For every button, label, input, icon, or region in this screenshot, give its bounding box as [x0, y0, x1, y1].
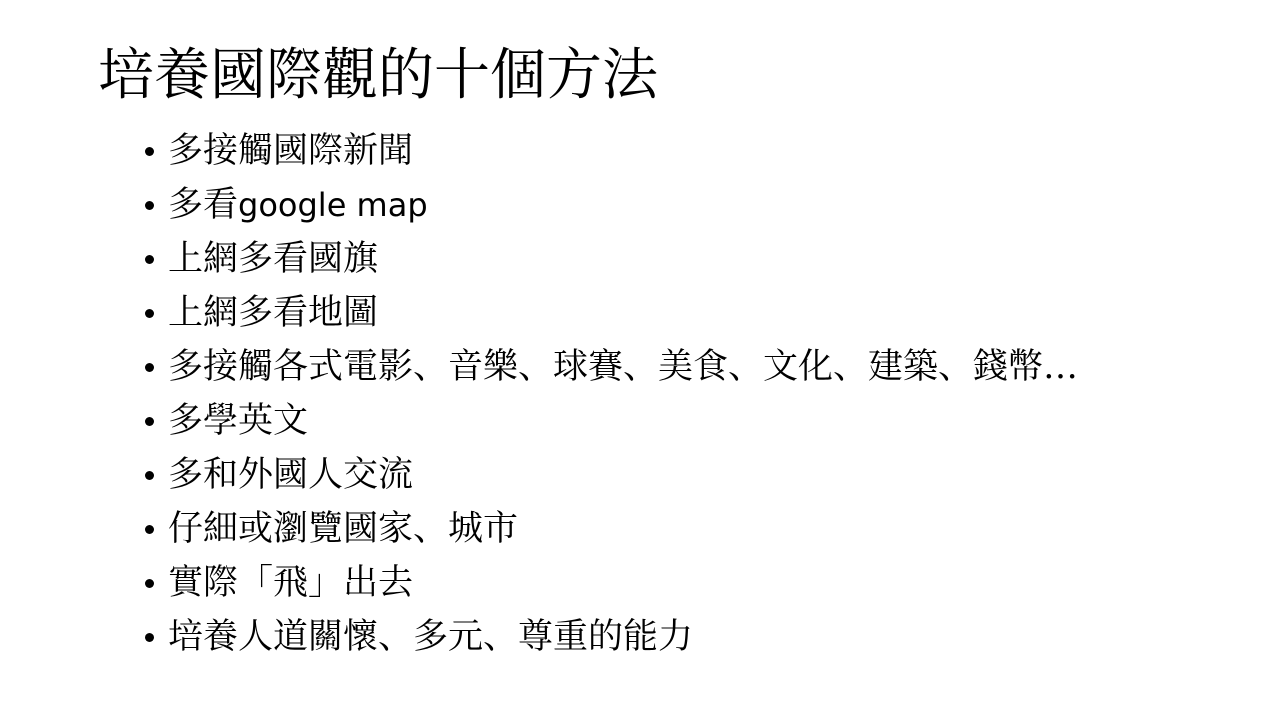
bullet-icon	[145, 471, 154, 480]
list-item: 實際「飛」出去	[140, 556, 1078, 610]
bullet-icon	[145, 147, 154, 156]
list-item: 仔細或瀏覽國家、城市	[140, 502, 1078, 556]
bullet-icon	[145, 633, 154, 642]
list-item: 多和外國人交流	[140, 448, 1078, 502]
list-item: 上網多看地圖	[140, 286, 1078, 340]
list-item-text: 多看	[168, 185, 238, 225]
list-item-text: 多接觸各式電影、音樂、球賽、美食、文化、建築、錢幣…	[168, 347, 1078, 387]
list-item-text: 上網多看國旗	[168, 239, 378, 279]
list-item: 多學英文	[140, 394, 1078, 448]
list-item-text: 實際「飛」出去	[168, 563, 413, 603]
list-item-text: 多和外國人交流	[168, 455, 413, 495]
list-item-text: 上網多看地圖	[168, 293, 378, 333]
bullet-icon	[145, 309, 154, 318]
bullet-icon	[145, 417, 154, 426]
list-item: 上網多看國旗	[140, 232, 1078, 286]
bullet-icon	[145, 525, 154, 534]
list-item-text: 培養人道關懷、多元、尊重的能力	[168, 617, 693, 657]
list-item-text: 仔細或瀏覽國家、城市	[168, 509, 518, 549]
list-item: 多接觸各式電影、音樂、球賽、美食、文化、建築、錢幣…	[140, 340, 1078, 394]
bullet-list: 多接觸國際新聞 多看google map 上網多看國旗 上網多看地圖 多接觸各式…	[140, 124, 1078, 664]
list-item-text: 多學英文	[168, 401, 308, 441]
bullet-icon	[145, 201, 154, 210]
bullet-icon	[145, 579, 154, 588]
list-item-latin-text: google map	[238, 186, 428, 224]
list-item: 培養人道關懷、多元、尊重的能力	[140, 610, 1078, 664]
slide-title: 培養國際觀的十個方法	[98, 38, 658, 114]
slide: 培養國際觀的十個方法 多接觸國際新聞 多看google map 上網多看國旗 上…	[0, 0, 1280, 720]
list-item: 多看google map	[140, 178, 1078, 232]
list-item: 多接觸國際新聞	[140, 124, 1078, 178]
bullet-icon	[145, 363, 154, 372]
list-item-text: 多接觸國際新聞	[168, 131, 413, 171]
bullet-icon	[145, 255, 154, 264]
